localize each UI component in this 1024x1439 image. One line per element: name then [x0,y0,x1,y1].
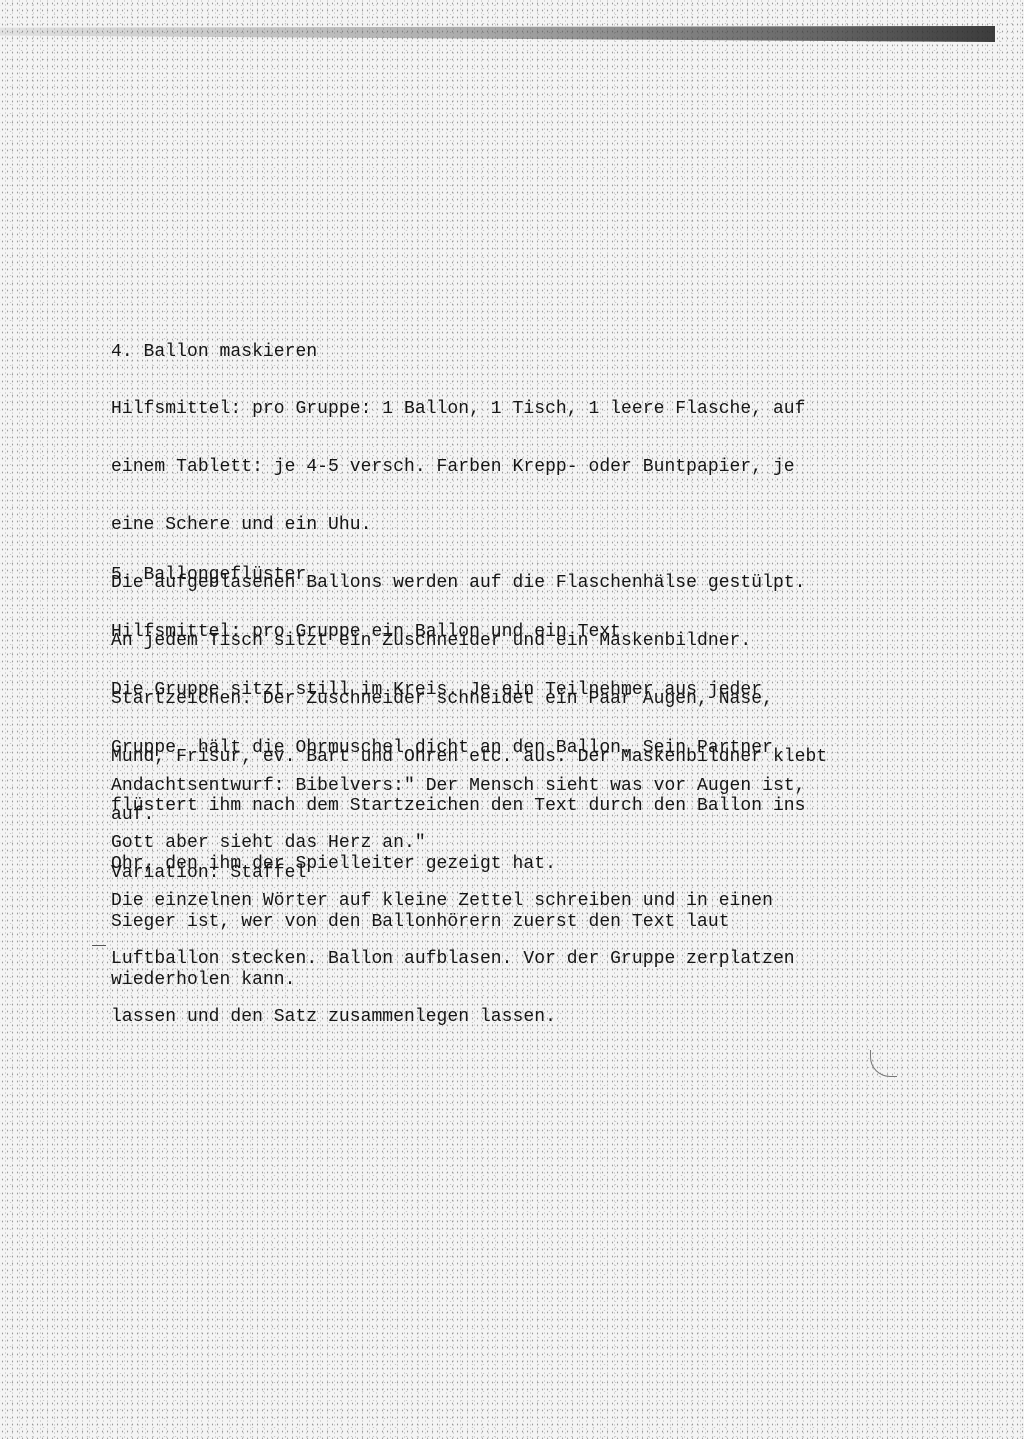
section-title: 4. Ballon maskieren [111,343,827,362]
scan-artifact-dash [92,945,106,946]
text-line: Die Gruppe sitzt still im Kreis. Je ein … [111,681,806,700]
scanned-page: 4. Ballon maskieren Hilfsmittel: pro Gru… [0,0,1024,1439]
section-andachtsentwurf: Andachtsentwurf: Bibelvers:" Der Mensch … [111,738,806,1066]
scan-artifact-curve [870,1050,897,1077]
text-line: einem Tablett: je 4-5 versch. Farben Kre… [111,458,827,477]
text-line: Luftballon stecken. Ballon aufblasen. Vo… [111,950,806,969]
text-line: Hilfsmittel: pro Gruppe: 1 Ballon, 1 Tis… [111,400,827,419]
text-line: Andachtsentwurf: Bibelvers:" Der Mensch … [111,777,806,796]
text-line: Hilfsmittel: pro Gruppe ein Ballon und e… [111,623,806,642]
text-line: lassen und den Satz zusammenlegen lassen… [111,1008,806,1027]
section-title: 5. Ballongeflüster [111,566,806,585]
text-line: Die einzelnen Wörter auf kleine Zettel s… [111,892,806,911]
text-line: Gott aber sieht das Herz an." [111,834,806,853]
scan-edge-shadow [0,26,995,42]
